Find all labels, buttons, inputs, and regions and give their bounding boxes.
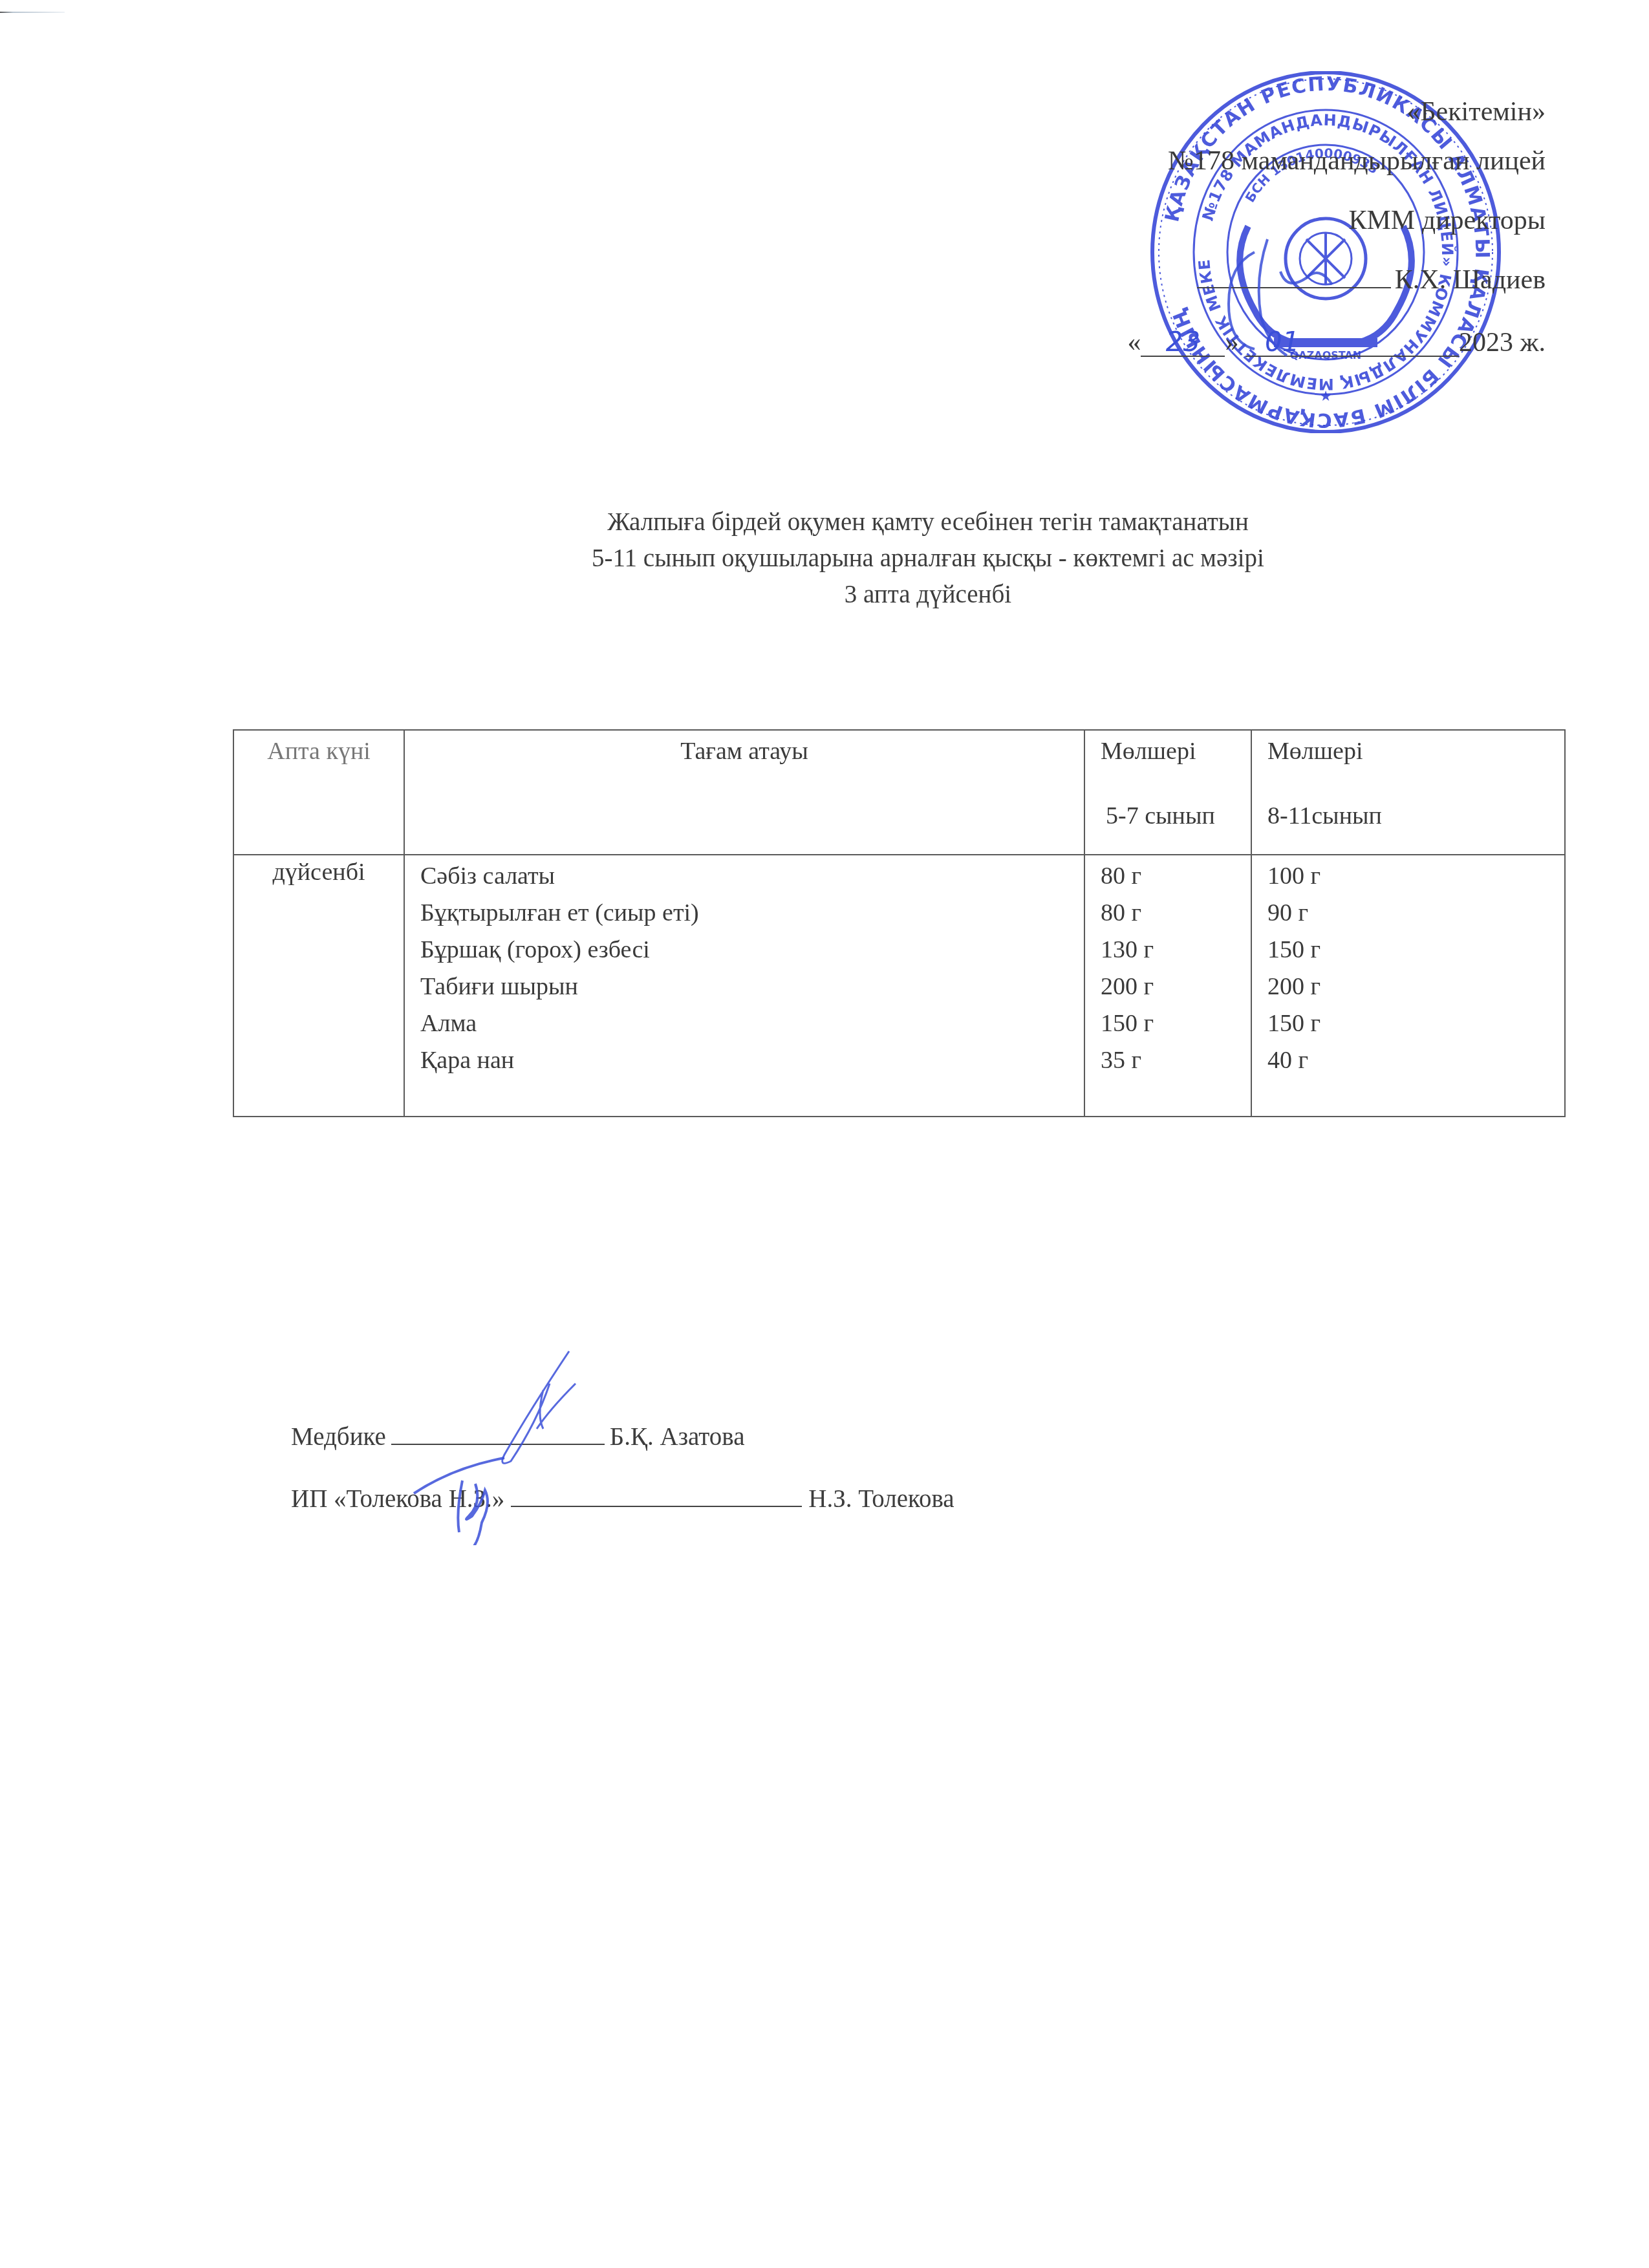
supplier-name: Н.З. Толекова: [808, 1485, 954, 1513]
table-header-row: Апта күні Тағам атауы Мөлшері 5-7 сынып …: [233, 730, 1565, 855]
dish-item: Бұршақ (горох) езбесі: [420, 932, 1084, 968]
qty-item: 100 г: [1267, 858, 1564, 895]
title-line-3: 3 апта дүйсенбі: [207, 577, 1649, 613]
title-line-1: Жалпыға бірдей оқумен қамту есебінен тег…: [207, 504, 1649, 540]
header-qty-label: Мөлшері: [1101, 738, 1196, 765]
header-grade-8-11: 8-11сынып: [1267, 802, 1564, 830]
qty-item: 150 г: [1267, 1005, 1564, 1042]
qty-item: 130 г: [1101, 932, 1251, 968]
approval-date: «23» 012023 ж.: [1127, 328, 1546, 357]
dish-item: Бұқтырылған ет (сиыр еті): [420, 895, 1084, 932]
approved-label: «Бекітемін»: [1406, 98, 1546, 125]
dish-item: Табиғи шырын: [420, 968, 1084, 1005]
dish-item: Алма: [420, 1005, 1084, 1042]
qty-item: 80 г: [1101, 895, 1251, 932]
qty-item: 35 г: [1101, 1042, 1251, 1079]
director-name: К.Х. Шадиев: [1395, 265, 1546, 295]
nurse-name: Б.Қ. Азатова: [610, 1423, 745, 1451]
dish-item: Қара нан: [420, 1042, 1084, 1079]
date-quote-open: «: [1127, 328, 1141, 358]
nurse-role: Медбике: [291, 1423, 386, 1451]
qty-item: 80 г: [1101, 858, 1251, 895]
qty-item: 200 г: [1267, 968, 1564, 1005]
cell-qty-5-7: 80 г 80 г 130 г 200 г 150 г 35 г: [1084, 855, 1251, 1117]
header-qty-8-11: Мөлшері 8-11сынып: [1251, 730, 1565, 855]
supplier-signature-blank: [511, 1485, 802, 1507]
header-grade-5-7: 5-7 сынып: [1101, 802, 1251, 830]
header-qty-5-7: Мөлшері 5-7 сынып: [1084, 730, 1251, 855]
nurse-signature-row: МедбикеБ.Қ. Азатова: [291, 1422, 745, 1451]
table-row: дүйсенбі Сәбіз салаты Бұқтырылған ет (си…: [233, 855, 1565, 1117]
qty-item: 90 г: [1267, 895, 1564, 932]
date-year: 2023 ж.: [1459, 328, 1546, 358]
menu-table: Апта күні Тағам атауы Мөлшері 5-7 сынып …: [233, 729, 1566, 1117]
supplier-role: ИП «Толекова Н.З.»: [291, 1485, 504, 1513]
cell-day: дүйсенбі: [233, 855, 404, 1117]
header-dish: Тағам атауы: [404, 730, 1084, 855]
qty-item: 40 г: [1267, 1042, 1564, 1079]
nurse-signature-blank: [391, 1423, 605, 1445]
director-position: КММ директоры: [1348, 207, 1546, 234]
cell-qty-8-11: 100 г 90 г 150 г 200 г 150 г 40 г: [1251, 855, 1565, 1117]
date-day: 23: [1141, 328, 1225, 357]
header-qty-label: Мөлшері: [1267, 738, 1363, 765]
qty-item: 150 г: [1267, 932, 1564, 968]
header-day: Апта күні: [233, 730, 404, 855]
svg-text:★: ★: [1319, 389, 1332, 405]
director-signature-line: К.Х. Шадиев: [1197, 266, 1546, 294]
signature-blank: [1197, 266, 1391, 288]
dish-item: Сәбіз салаты: [420, 858, 1084, 895]
cell-dishes: Сәбіз салаты Бұқтырылған ет (сиыр еті) Б…: [404, 855, 1084, 1117]
qty-item: 150 г: [1101, 1005, 1251, 1042]
document-title: Жалпыға бірдей оқумен қамту есебінен тег…: [0, 504, 1649, 613]
qty-item: 200 г: [1101, 968, 1251, 1005]
date-quote-close: »: [1225, 328, 1238, 358]
scan-artifact-line: [0, 12, 65, 13]
supplier-signature-row: ИП «Толекова Н.З.»Н.З. Толекова: [291, 1484, 954, 1514]
organization-name: №178 мамандандырылған лицей: [1168, 147, 1546, 175]
title-line-2: 5-11 сынып оқушыларына арналған қысқы - …: [207, 540, 1649, 577]
date-month: 01: [1245, 328, 1459, 357]
